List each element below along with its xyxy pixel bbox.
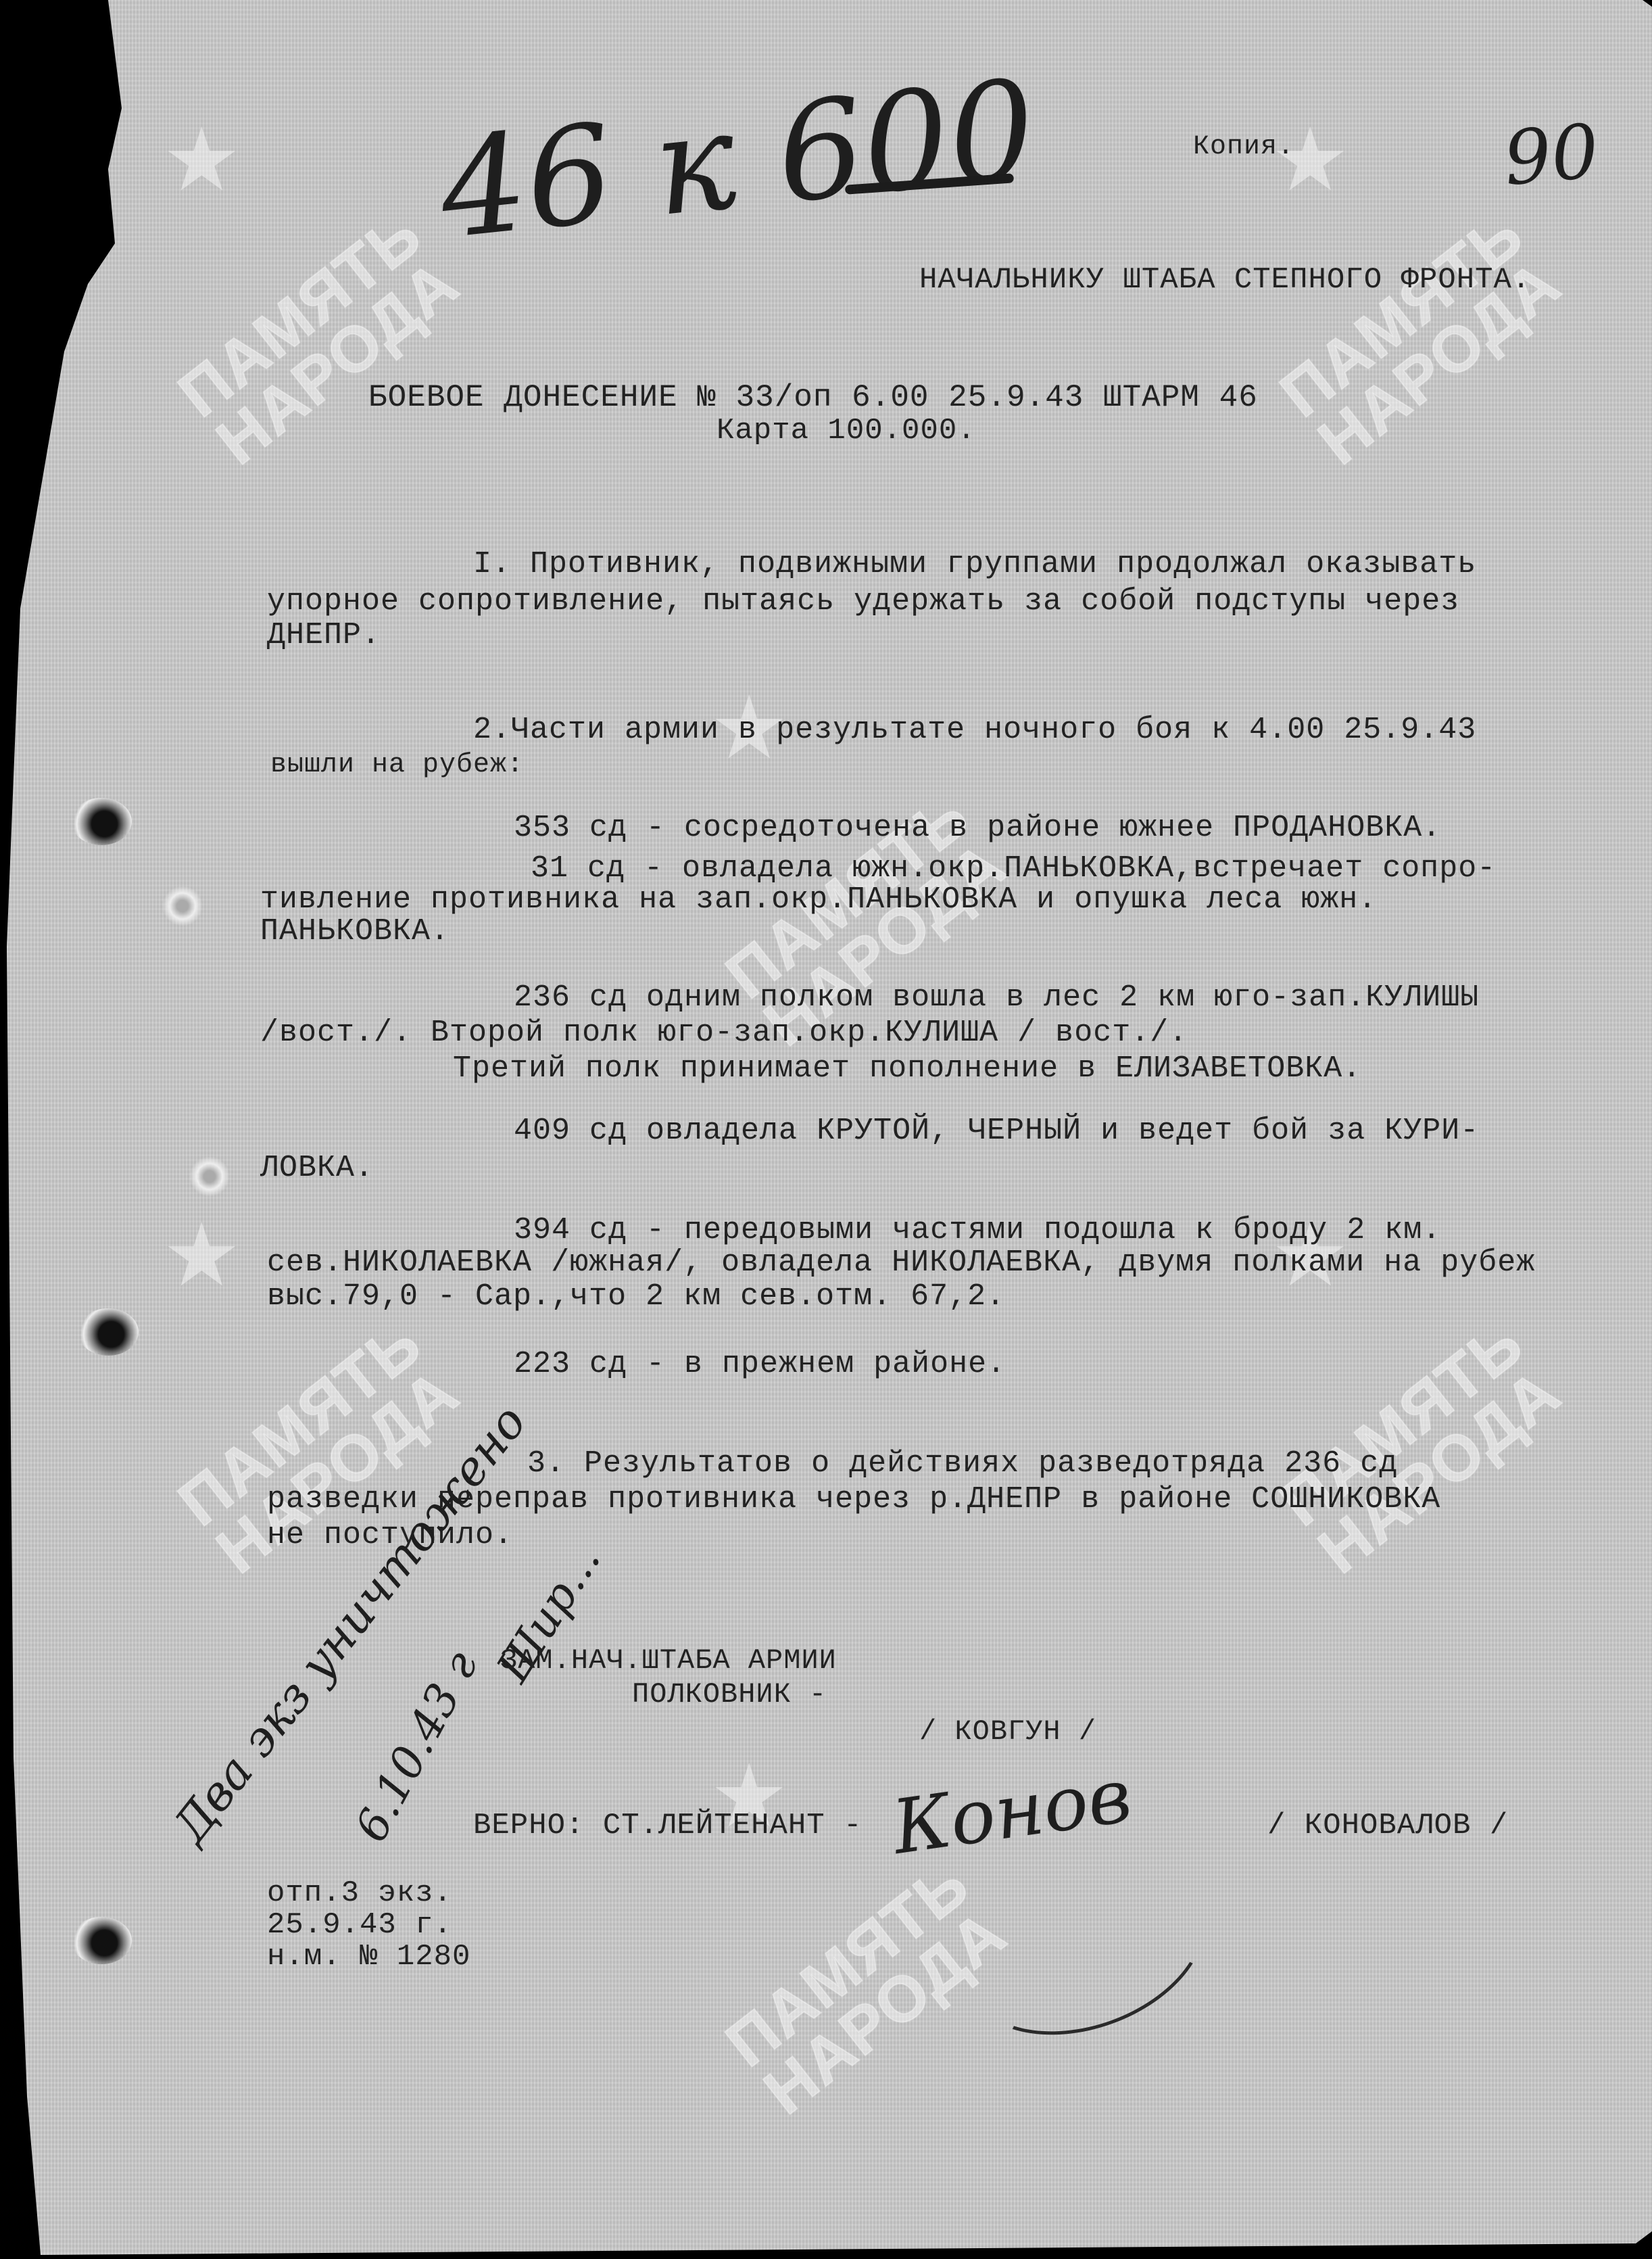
unit-31-line: 31 сд - овладела южн.окр.ПАНЬКОВКА,встре… [531, 853, 1496, 884]
unit-394-line: 394 сд - передовыми частями подошла к бр… [514, 1215, 1441, 1245]
signature-stroke [940, 1828, 1230, 2066]
handwritten-margin-date: 6.10.43 г [345, 1643, 488, 1851]
unit-31-line: ПАНЬКОВКА. [260, 916, 450, 947]
para2-line: 2.Части армии в результате ночного боя к… [473, 715, 1476, 745]
punch-hole-icon [71, 798, 132, 845]
unit-409-line: ЛОВКА. [260, 1153, 374, 1183]
page-number-handwritten: 90 [1501, 108, 1603, 202]
footer-date: 25.9.43 г. [267, 1910, 452, 1940]
punch-hole-icon [162, 886, 203, 926]
verified-label: ВЕРНО: СТ.ЛЕЙТЕНАНТ - [473, 1811, 863, 1840]
handwritten-top-note: 46 к 600 [433, 50, 1042, 269]
para2-line: вышли на рубеж: [270, 752, 524, 779]
verified-name: / КОНОВАЛОВ / [1267, 1811, 1508, 1840]
para3-line: 3. Результатов о действиях разведотряда … [527, 1448, 1398, 1479]
verified-signature: Конов [888, 1752, 1136, 1871]
para1-line: упорное сопротивление, пытаясь удержать … [267, 586, 1459, 617]
watermark: ПАМЯТЬНАРОДА [1271, 203, 1571, 475]
para1-line: ДНЕПР. [267, 620, 381, 650]
signer-name: / КОВГУН / [919, 1717, 1096, 1746]
unit-236-line: Третий полк принимает пополнение в ЕЛИЗА… [453, 1053, 1361, 1084]
para1-line: I. Противник, подвижными группами продол… [473, 549, 1476, 579]
document-page: ★ ПАМЯТЬНАРОДА ★ ПАМЯТЬНАРОДА ★ ПАМЯТЬНА… [0, 0, 1652, 2259]
signer-title: ЗАМ.НАЧ.ШТАБА АРМИИ [500, 1646, 837, 1675]
signer-rank: ПОЛКОВНИК - [632, 1680, 827, 1709]
addressee: НАЧАЛЬНИКУ ШТАБА СТЕПНОГО ФРОНТА. [919, 265, 1530, 295]
copy-label: Копия. [1193, 134, 1294, 161]
footer-number: н.м. № 1280 [267, 1942, 470, 1972]
punch-hole-icon [78, 1308, 139, 1356]
unit-394-line: выс.79,0 - Сар.,что 2 км сев.отм. 67,2. [267, 1281, 1005, 1312]
punch-hole-icon [71, 1917, 132, 1964]
unit-394-line: сев.НИКОЛАЕВКА /южная/, овладела НИКОЛАЕ… [267, 1247, 1535, 1278]
footer-copies: отп.3 экз. [267, 1878, 452, 1908]
unit-353-status: 353 сд - сосредоточена в районе южнее ПР… [514, 813, 1441, 843]
unit-409-line: 409 сд овладела КРУТОЙ, ЧЕРНЫЙ и ведет б… [514, 1116, 1479, 1146]
watermark-star-icon: ★ [162, 1204, 241, 1306]
watermark: ПАМЯТЬНАРОДА [169, 203, 469, 475]
report-title: БОЕВОЕ ДОНЕСЕНИЕ № 33/оп 6.00 25.9.43 ШТ… [368, 382, 1258, 413]
unit-223-status: 223 сд - в прежнем районе. [514, 1349, 1006, 1379]
unit-31-line: тивление противника на зап.окр.ПАНЬКОВКА… [260, 884, 1377, 915]
punch-hole-icon [189, 1156, 230, 1197]
unit-236-line: 236 сд одним полком вошла в лес 2 км юго… [514, 982, 1479, 1013]
unit-236-line: /вост./. Второй полк юго-зап.окр.КУЛИША … [260, 1018, 1188, 1048]
watermark-star-icon: ★ [162, 108, 241, 211]
report-map-scale: Карта 100.000. [716, 416, 976, 446]
